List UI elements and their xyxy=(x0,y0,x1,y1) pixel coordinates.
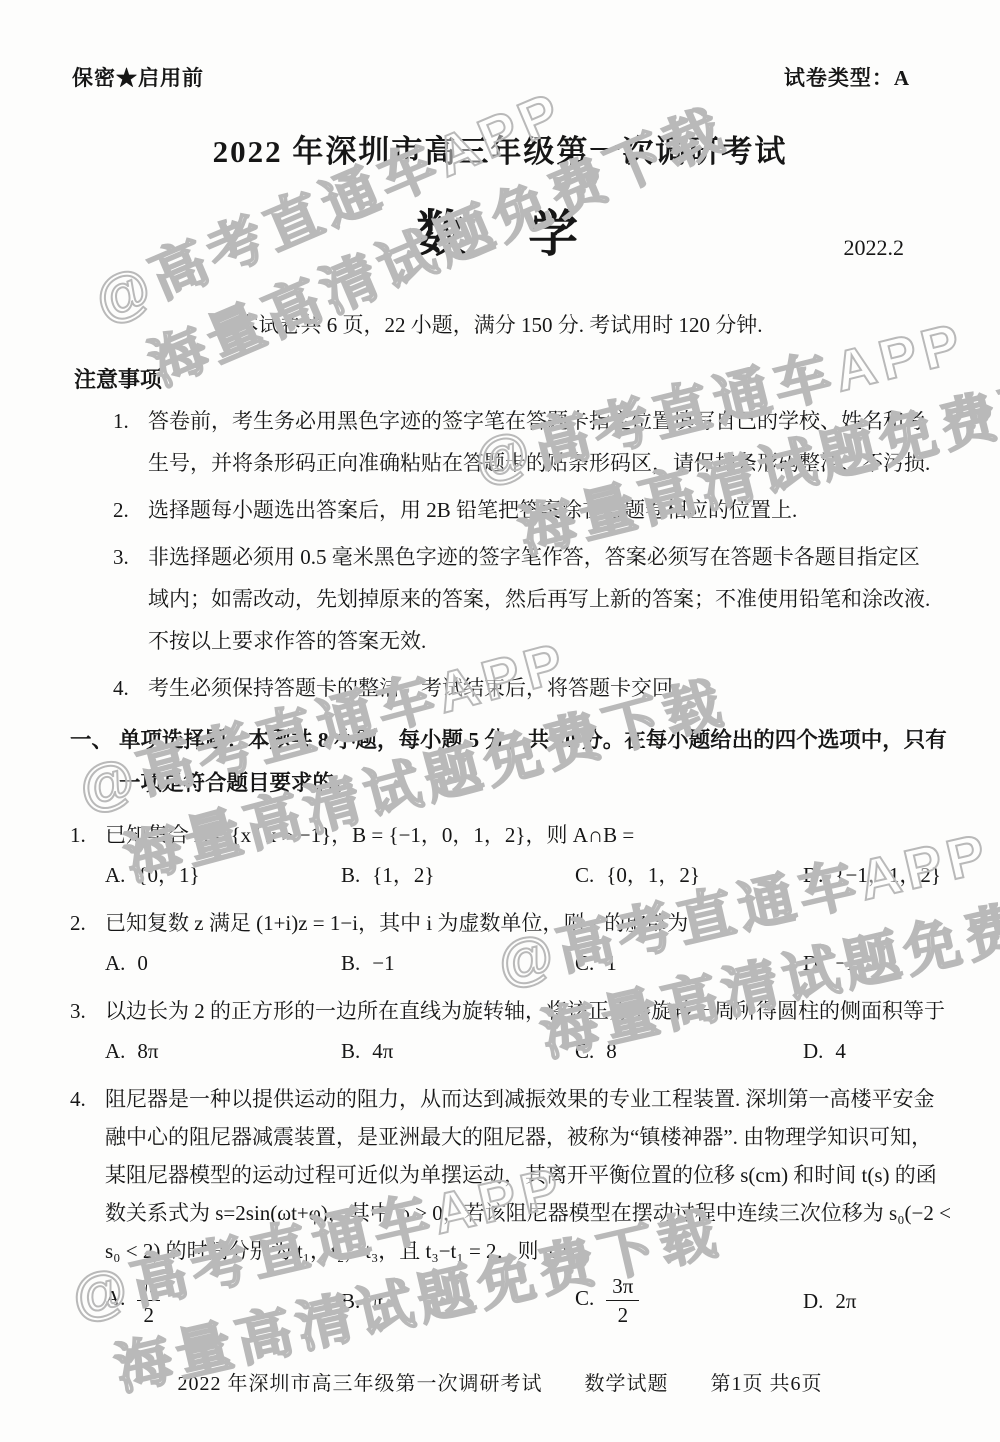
option-b: B.−1 xyxy=(341,945,575,981)
exam-date: 2022.2 xyxy=(844,235,905,261)
fraction-3pi-over-2: 3π2 xyxy=(606,1273,639,1328)
option-c: C.{0，1，2} xyxy=(575,857,803,893)
security-notice: 保密★启用前 xyxy=(72,62,204,92)
exam-title: 2022 年深圳市高三年级第一次调研考试 xyxy=(0,126,1000,171)
notice-item-4: 4. 考生必须保持答题卡的整洁，考试结束后，将答题卡交回. xyxy=(74,667,940,709)
question-1-options: A.{0，1} B.{1，2} C.{0，1，2} D.{−1，1，2} xyxy=(70,857,952,893)
question-number: 3. xyxy=(70,992,86,1030)
question-number: 2. xyxy=(70,904,86,942)
question-3-options: A.8π B.4π C.8 D.4 xyxy=(70,1033,952,1069)
option-a: A.8π xyxy=(105,1033,341,1069)
page-footer: 2022 年深圳市高三年级第一次调研考试 数学试题 第1页 共6页 xyxy=(0,1367,1000,1396)
subject-row: 数 学 2022.2 xyxy=(0,201,1000,269)
option-d: D.−i xyxy=(803,945,952,981)
question-stem: 已知复数 z 满足 (1+i)z = 1−i，其中 i 为虚数单位，则 z 的虚… xyxy=(105,911,688,935)
notice-item-text: 非选择题必须用 0.5 毫米黑色字迹的签字笔作答，答案必须写在答题卡各题目指定区… xyxy=(148,545,930,653)
exam-info-line: 本试卷共 6 页，22 小题，满分 150 分. 考试用时 120 分钟. xyxy=(0,309,1000,339)
notice-heading: 注意事项： xyxy=(74,365,940,395)
paper-type-label: 试卷类型：A xyxy=(784,62,910,92)
option-d: D.2π xyxy=(803,1283,952,1319)
question-2: 2. 已知复数 z 满足 (1+i)z = 1−i，其中 i 为虚数单位，则 z… xyxy=(70,904,952,942)
option-c: C.3π2 xyxy=(575,1273,803,1328)
option-a: A.{0，1} xyxy=(105,857,341,893)
option-b: B.π xyxy=(341,1283,575,1319)
option-d: D.4 xyxy=(803,1033,952,1069)
notice-item-number: 3. xyxy=(113,536,129,578)
notice-block: 注意事项： 1. 答卷前，考生务必用黑色字迹的签字笔在答题卡指定位置填写自己的学… xyxy=(74,365,940,709)
option-b: B.{1，2} xyxy=(341,857,575,893)
question-3: 3. 以边长为 2 的正方形的一边所在直线为旋转轴，将该正方形旋转一周所得圆柱的… xyxy=(70,992,952,1030)
option-a: A.0 xyxy=(105,945,341,981)
section-heading-single-choice: 一、 单项选择题：本题共 8 小题，每小题 5 分，共 40 分。在每小题给出的… xyxy=(70,719,952,805)
question-stem: 已知集合 A = {x | x > −1}，B = {−1，0，1，2}，则 A… xyxy=(105,823,634,847)
page-header: 保密★启用前 试卷类型：A xyxy=(0,0,1000,92)
notice-item-number: 1. xyxy=(113,400,129,442)
notice-item-2: 2. 选择题每小题选出答案后，用 2B 铅笔把答案涂在答题卷相应的位置上. xyxy=(74,489,940,531)
fraction-pi-over-2: π2 xyxy=(137,1273,160,1328)
question-4: 4. 阻尼器是一种以提供运动的阻力，从而达到减振效果的专业工程装置. 深圳第一高… xyxy=(70,1080,952,1270)
question-1: 1. 已知集合 A = {x | x > −1}，B = {−1，0，1，2}，… xyxy=(70,816,952,854)
question-stem: 以边长为 2 的正方形的一边所在直线为旋转轴，将该正方形旋转一周所得圆柱的侧面积… xyxy=(105,999,945,1023)
option-a: A.π2 xyxy=(105,1273,341,1328)
option-b: B.4π xyxy=(341,1033,575,1069)
question-4-options: A.π2 B.π C.3π2 D.2π xyxy=(70,1273,952,1328)
notice-item-1: 1. 答卷前，考生务必用黑色字迹的签字笔在答题卡指定位置填写自己的学校、姓名和考… xyxy=(74,400,940,484)
notice-item-text: 考生必须保持答题卡的整洁，考试结束后，将答题卡交回. xyxy=(148,676,678,700)
question-2-options: A.0 B.−1 C.1 D.−i xyxy=(70,945,952,981)
notice-item-text: 选择题每小题选出答案后，用 2B 铅笔把答案涂在答题卷相应的位置上. xyxy=(148,498,797,522)
notice-item-number: 4. xyxy=(113,667,129,709)
question-stem: 阻尼器是一种以提供运动的阻力，从而达到减振效果的专业工程装置. 深圳第一高楼平安… xyxy=(105,1087,951,1263)
section-number: 一、 xyxy=(70,719,113,762)
section-text: 单项选择题：本题共 8 小题，每小题 5 分，共 40 分。在每小题给出的四个选… xyxy=(119,728,947,795)
notice-item-text: 答卷前，考生务必用黑色字迹的签字笔在答题卡指定位置填写自己的学校、姓名和考生号，… xyxy=(148,409,930,475)
option-c: C.8 xyxy=(575,1033,803,1069)
notice-item-number: 2. xyxy=(113,489,129,531)
scanned-exam-page: 保密★启用前 试卷类型：A 2022 年深圳市高三年级第一次调研考试 数 学 2… xyxy=(0,0,1000,1442)
notice-item-3: 3. 非选择题必须用 0.5 毫米黑色字迹的签字笔作答，答案必须写在答题卡各题目… xyxy=(74,536,940,662)
question-number: 4. xyxy=(70,1080,86,1118)
option-d: D.{−1，1，2} xyxy=(803,857,952,893)
option-c: C.1 xyxy=(575,945,803,981)
subject-title: 数 学 xyxy=(416,201,584,267)
question-number: 1. xyxy=(70,816,86,854)
